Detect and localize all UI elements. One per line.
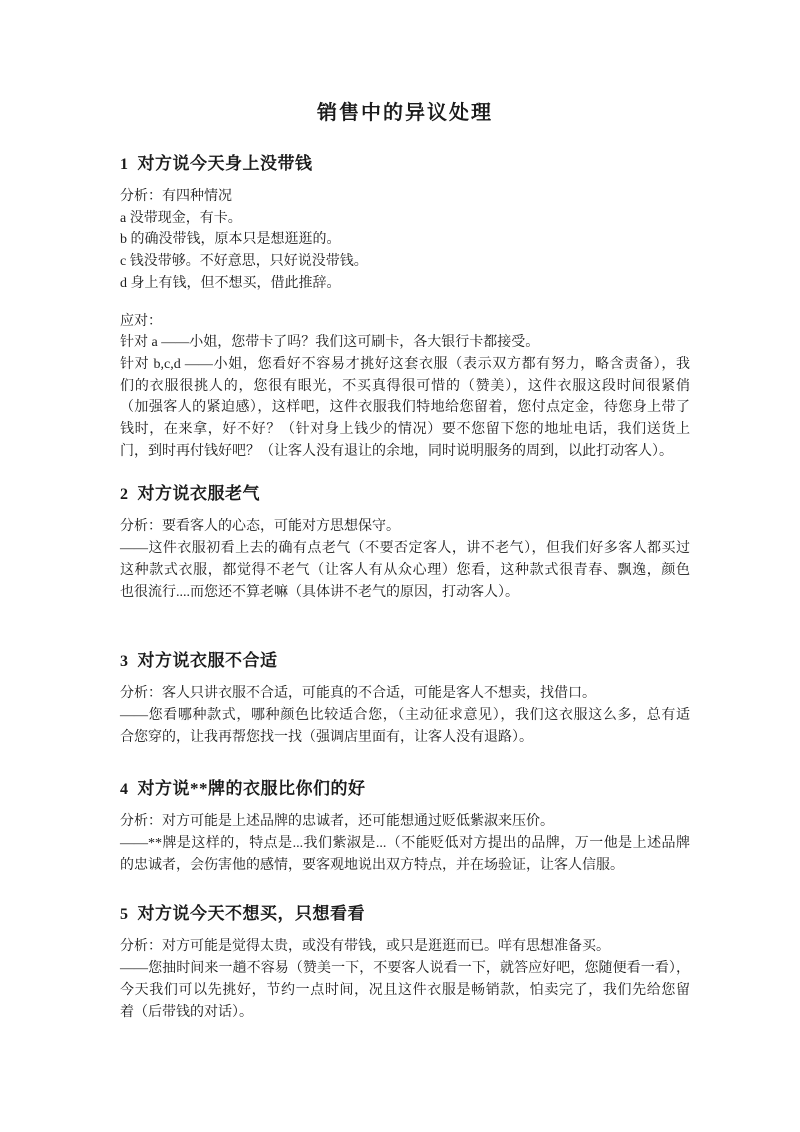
section-4: 4对方说**牌的衣服比你们的好 分析：对方可能是上述品牌的忠诚者，还可能想通过贬… (120, 777, 690, 876)
response-line: 应对： (120, 311, 690, 333)
document-title: 销售中的异议处理 (120, 100, 690, 127)
section-2-number: 2 (120, 486, 129, 503)
section-3-heading: 3对方说衣服不合适 (120, 649, 690, 673)
document-page: 销售中的异议处理 1对方说今天身上没带钱 分析：有四种情况 a 没带现金，有卡。… (0, 0, 800, 1132)
section-1: 1对方说今天身上没带钱 分析：有四种情况 a 没带现金，有卡。 b 的确没带钱，… (120, 152, 690, 462)
section-1-number: 1 (120, 156, 129, 173)
section-1-heading-text: 对方说今天身上没带钱 (138, 154, 313, 173)
body-line: 合您穿的，让我再帮您找一找（强调店里面有，让客人没有退路）。 (120, 727, 690, 749)
analysis-line: 分析：对方可能是上述品牌的忠诚者，还可能想通过贬低紫淑来压价。 (120, 811, 690, 833)
section-5-heading: 5对方说今天不想买，只想看看 (120, 902, 690, 926)
section-2-heading-text: 对方说衣服老气 (138, 484, 261, 503)
analysis-line: a 没带现金，有卡。 (120, 208, 690, 230)
response-line: 们的衣服很挑人的，您很有眼光，不买真得很可惜的（赞美），这件衣服这段时间很紧俏 (120, 376, 690, 398)
response-line: 针对 a ——小姐，您带卡了吗？我们这可刷卡，各大银行卡都接受。 (120, 332, 690, 354)
section-4-heading-text: 对方说**牌的衣服比你们的好 (138, 779, 366, 798)
section-3-number: 3 (120, 653, 129, 670)
analysis-line: 分析：客人只讲衣服不合适，可能真的不合适，可能是客人不想卖，找借口。 (120, 683, 690, 705)
section-5-number: 5 (120, 906, 129, 923)
body-line: ——这件衣服初看上去的确有点老气（不要否定客人，讲不老气），但我们好多客人都买过 (120, 538, 690, 560)
body-line: 也很流行....而您还不算老嘛（具体讲不老气的原因，打动客人）。 (120, 582, 690, 604)
analysis-line: d 身上有钱，但不想买，借此推辞。 (120, 273, 690, 295)
section-5-heading-text: 对方说今天不想买，只想看看 (138, 904, 366, 923)
response-line: 针对 b,c,d ——小姐，您看好不容易才挑好这套衣服（表示双方都有努力，略含责… (120, 354, 690, 376)
body-line: ——您看哪种款式，哪种颜色比较适合您，（主动征求意见），我们这衣服这么多，总有适 (120, 705, 690, 727)
body-line: 今天我们可以先挑好，节约一点时间，况且这件衣服是畅销款，怕卖完了，我们先给您留 (120, 980, 690, 1002)
section-2-heading: 2对方说衣服老气 (120, 482, 690, 506)
response-line: 钱时，在来拿，好不好？（针对身上钱少的情况）要不您留下您的地址电话，我们送货上 (120, 419, 690, 441)
body-line: 着（后带钱的对话）。 (120, 1002, 690, 1024)
blank-line (120, 295, 690, 311)
body-line: 这种款式衣服，都觉得不老气（让客人有从众心理）您看，这种款式很青春、飘逸，颜色 (120, 560, 690, 582)
body-line: ——您抽时间来一趟不容易（赞美一下，不要客人说看一下，就答应好吧，您随便看一看）… (120, 958, 690, 980)
analysis-line: 分析：要看客人的心态，可能对方思想保守。 (120, 516, 690, 538)
analysis-line: b 的确没带钱，原本只是想逛逛的。 (120, 229, 690, 251)
section-3: 3对方说衣服不合适 分析：客人只讲衣服不合适，可能真的不合适，可能是客人不想卖，… (120, 649, 690, 748)
analysis-line: c 钱没带够。不好意思，只好说没带钱。 (120, 251, 690, 273)
analysis-line: 分析：对方可能是觉得太贵，或没有带钱，或只是逛逛而已。咩有思想准备买。 (120, 936, 690, 958)
section-3-heading-text: 对方说衣服不合适 (138, 651, 278, 670)
response-line: 门，到时再付钱好吧？（让客人没有退让的余地，同时说明服务的周到，以此打动客人）。 (120, 441, 690, 463)
body-line: ——**牌是这样的，特点是...我们紫淑是...（不能贬低对方提出的品牌，万一他… (120, 833, 690, 855)
section-5: 5对方说今天不想买，只想看看 分析：对方可能是觉得太贵，或没有带钱，或只是逛逛而… (120, 902, 690, 1023)
section-2: 2对方说衣服老气 分析：要看客人的心态，可能对方思想保守。 ——这件衣服初看上去… (120, 482, 690, 603)
section-4-heading: 4对方说**牌的衣服比你们的好 (120, 777, 690, 801)
section-4-number: 4 (120, 781, 129, 798)
body-line: 的忠诚者，会伤害他的感情，要客观地说出双方特点，并在场验证，让客人信服。 (120, 855, 690, 877)
section-1-heading: 1对方说今天身上没带钱 (120, 152, 690, 176)
response-line: （加强客人的紧迫感），这样吧，这件衣服我们特地给您留着，您付点定金，待您身上带了 (120, 397, 690, 419)
analysis-line: 分析：有四种情况 (120, 186, 690, 208)
